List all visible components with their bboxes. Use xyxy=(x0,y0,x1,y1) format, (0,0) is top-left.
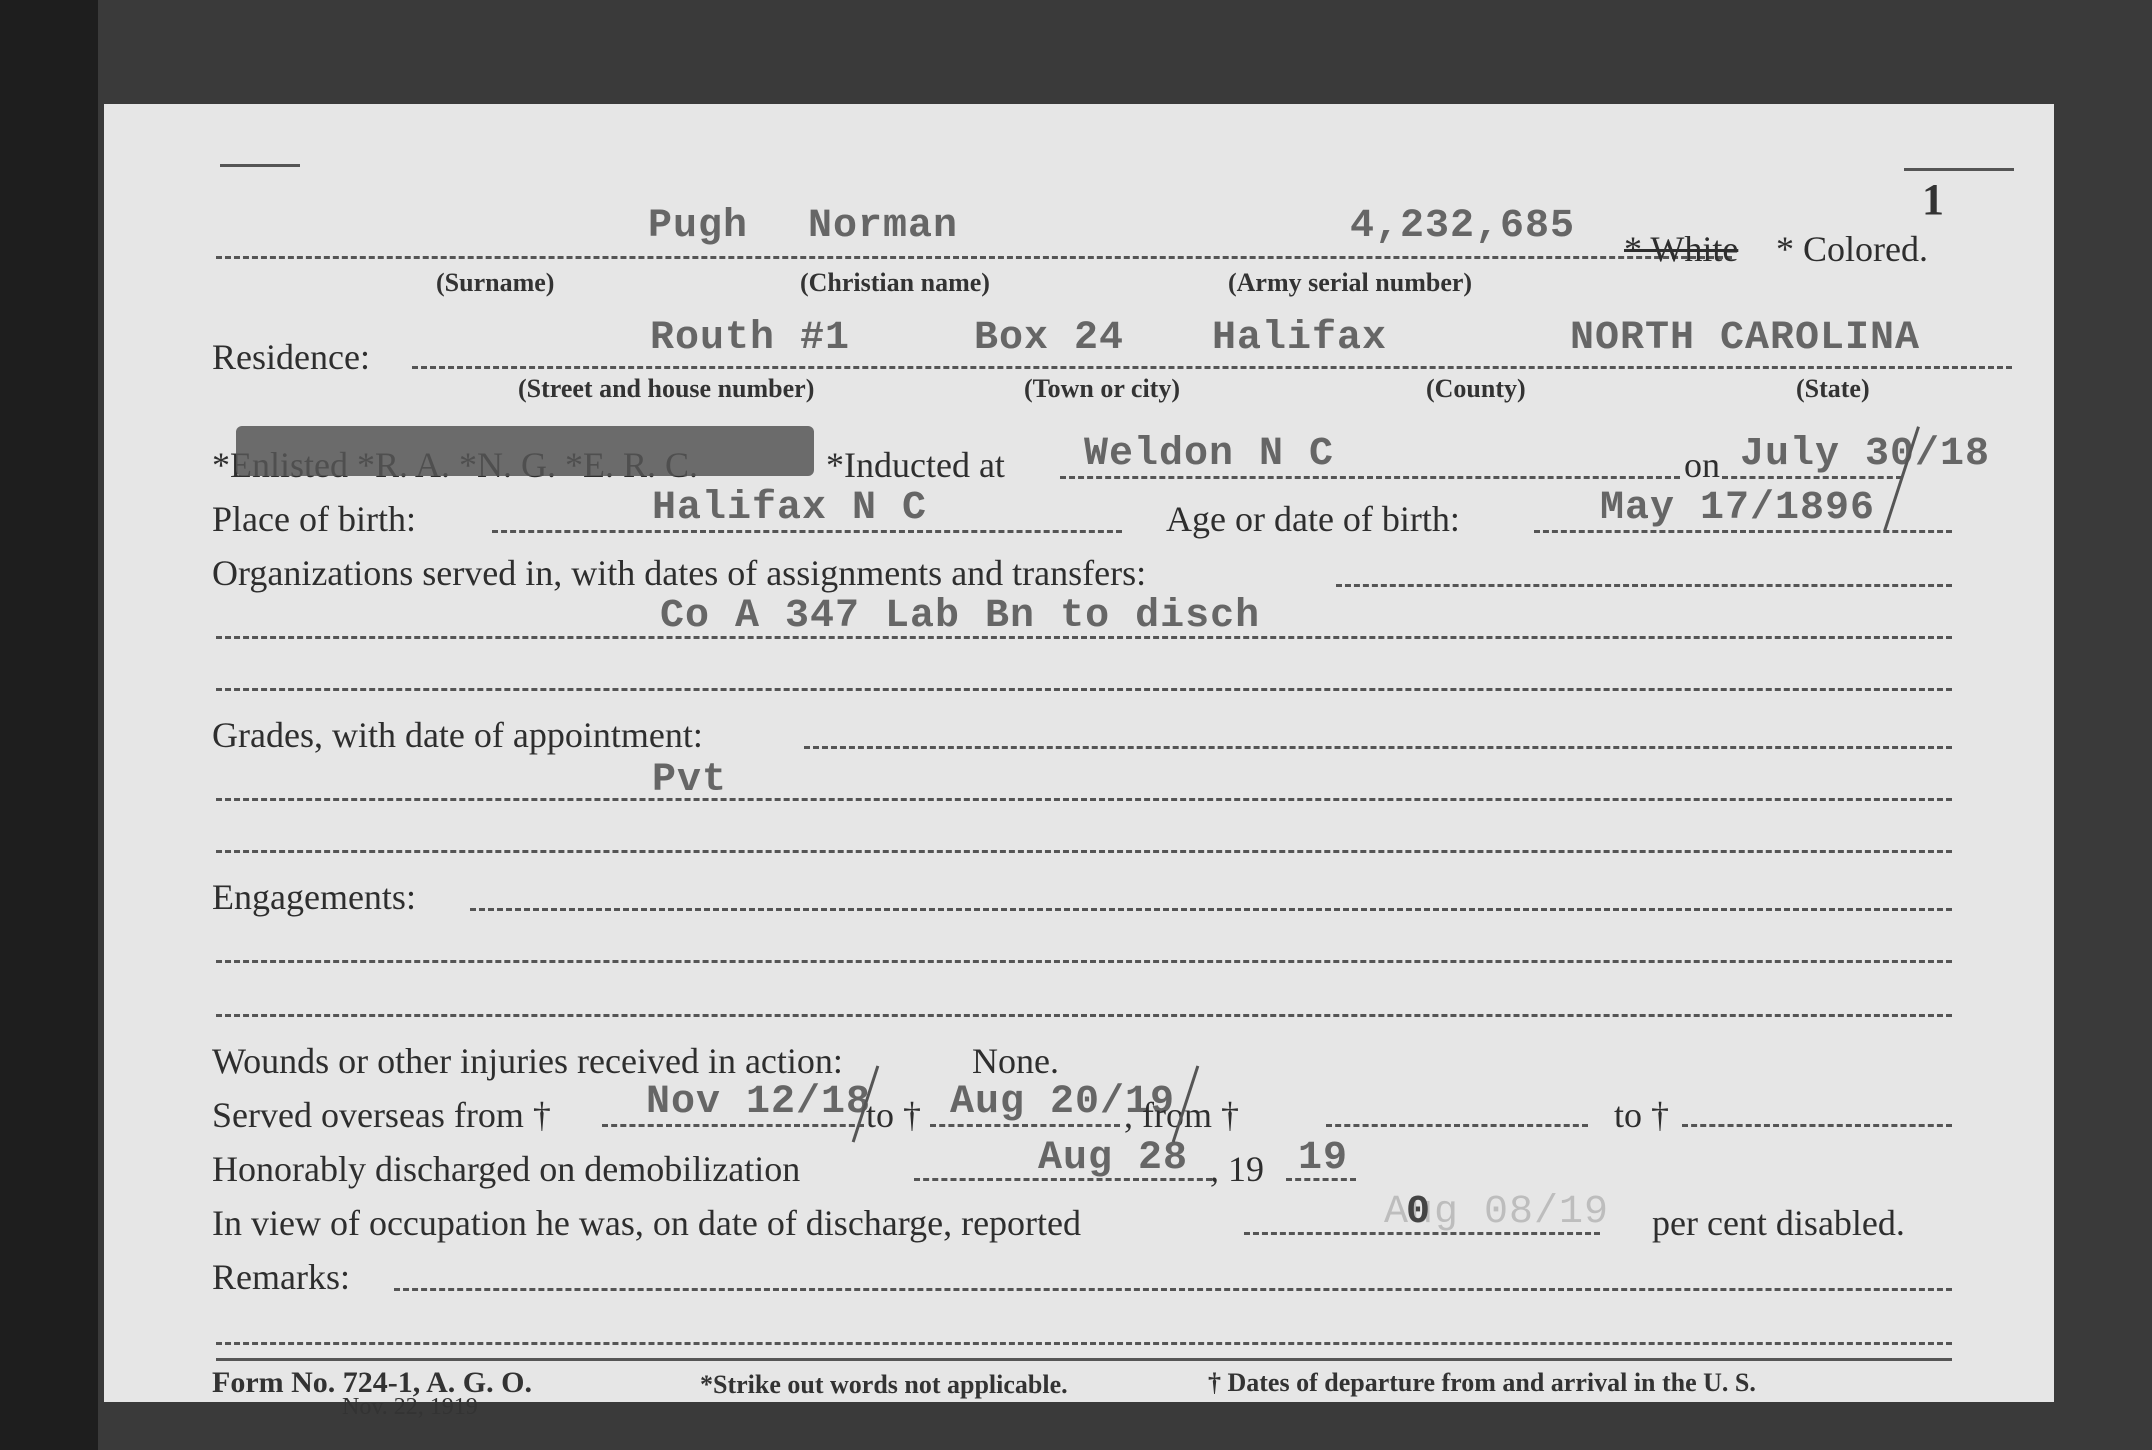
inducted-at-value: Weldon N C xyxy=(1084,432,1334,477)
street-caption: (Street and house number) xyxy=(518,374,814,404)
discharge-year-line xyxy=(1286,1178,1356,1181)
remarks-label: Remarks: xyxy=(212,1256,350,1298)
serial-caption: (Army serial number) xyxy=(1228,268,1472,298)
residence-label: Residence: xyxy=(212,336,370,378)
grades-line-2 xyxy=(216,798,1952,801)
serial-number-value: 4,232,685 xyxy=(1350,204,1575,249)
race-colored-option: * Colored. xyxy=(1776,228,1928,270)
form-date: Nov. 22, 1919 xyxy=(342,1394,478,1421)
inducted-at-line xyxy=(1060,476,1680,479)
residence-street: Routh #1 xyxy=(650,316,850,361)
disability-suffix: per cent disabled. xyxy=(1652,1202,1905,1244)
footnote-dates: † Dates of departure from and arrival in… xyxy=(1208,1368,1756,1398)
overseas-to-1-line xyxy=(930,1124,1120,1127)
state-caption: (State) xyxy=(1796,374,1870,404)
date-of-birth-label: Age or date of birth: xyxy=(1166,498,1460,540)
engagements-line-2 xyxy=(216,960,1952,963)
inducted-date-value: July 30/18 xyxy=(1740,432,1990,477)
engagements-line-3 xyxy=(216,1014,1952,1017)
organizations-line-2 xyxy=(216,636,1952,639)
christian-name-caption: (Christian name) xyxy=(800,268,990,298)
disability-label: In view of occupation he was, on date of… xyxy=(212,1202,1081,1244)
footer-rule xyxy=(216,1358,1952,1361)
engagements-line-1 xyxy=(470,908,1952,911)
served-overseas-label: Served overseas from † xyxy=(212,1094,551,1136)
card-number: 1 xyxy=(1922,174,1944,225)
name-line xyxy=(216,256,1732,259)
remarks-line-2 xyxy=(216,1342,1952,1345)
discharge-date: Aug 28 xyxy=(1038,1136,1188,1181)
engagements-label: Engagements: xyxy=(212,876,416,918)
discharge-year: 19 xyxy=(1298,1136,1348,1181)
discharge-label: Honorably discharged on demobilization xyxy=(212,1148,800,1190)
date-of-birth-line xyxy=(1534,530,1952,533)
wounds-value: None. xyxy=(972,1040,1059,1082)
organizations-line-1 xyxy=(1336,584,1952,587)
residence-line xyxy=(412,366,2012,369)
residence-county: Halifax xyxy=(1212,316,1387,361)
wounds-label: Wounds or other injuries received in act… xyxy=(212,1040,843,1082)
inducted-label: *Inducted at xyxy=(826,444,1005,486)
organizations-line-3 xyxy=(216,688,1952,691)
christian-name-value: Norman xyxy=(808,204,958,249)
disability-value: 0 xyxy=(1406,1190,1431,1235)
overseas-from-2-line xyxy=(1326,1124,1588,1127)
town-caption: (Town or city) xyxy=(1024,374,1180,404)
scan-border-left xyxy=(0,0,98,1450)
place-of-birth-label: Place of birth: xyxy=(212,498,416,540)
disability-line xyxy=(1244,1232,1600,1235)
overseas-to-2-line xyxy=(1682,1124,1952,1127)
overseas-from-1-line xyxy=(602,1124,864,1127)
discharge-date-line xyxy=(914,1178,1212,1181)
discharge-year-prefix: , 19 xyxy=(1210,1148,1264,1190)
footnote-strike-out: *Strike out words not applicable. xyxy=(700,1370,1068,1400)
overseas-from-1: Nov 12/18 xyxy=(646,1080,871,1125)
top-left-rule xyxy=(220,164,300,167)
organizations-value: Co A 347 Lab Bn to disch xyxy=(660,594,1260,639)
service-record-card: 1 Pugh Norman 4,232,685 * White * Colore… xyxy=(104,104,2054,1402)
grades-line-3 xyxy=(216,850,1952,853)
grades-line-1 xyxy=(804,746,1952,749)
date-of-birth-value: May 17/1896 xyxy=(1600,486,1875,531)
surname-caption: (Surname) xyxy=(436,268,554,298)
grades-label: Grades, with date of appointment: xyxy=(212,714,703,756)
place-of-birth-line xyxy=(492,530,1122,533)
county-caption: (County) xyxy=(1426,374,1526,404)
grades-value: Pvt xyxy=(652,758,727,803)
residence-town: Box 24 xyxy=(974,316,1124,361)
overseas-to-2-label: to † xyxy=(1614,1094,1669,1136)
organizations-label: Organizations served in, with dates of a… xyxy=(212,552,1146,594)
overseas-to-label: to † xyxy=(866,1094,921,1136)
residence-state: NORTH CAROLINA xyxy=(1570,316,1920,361)
surname-value: Pugh xyxy=(648,204,748,249)
place-of-birth-value: Halifax N C xyxy=(652,486,927,531)
inducted-date-line xyxy=(1722,476,1902,479)
on-label: on xyxy=(1684,444,1720,486)
race-white-option: * White xyxy=(1624,228,1738,270)
remarks-line-1 xyxy=(394,1288,1952,1291)
top-right-rule xyxy=(1904,168,2014,171)
strikeout-smudge xyxy=(236,426,814,476)
